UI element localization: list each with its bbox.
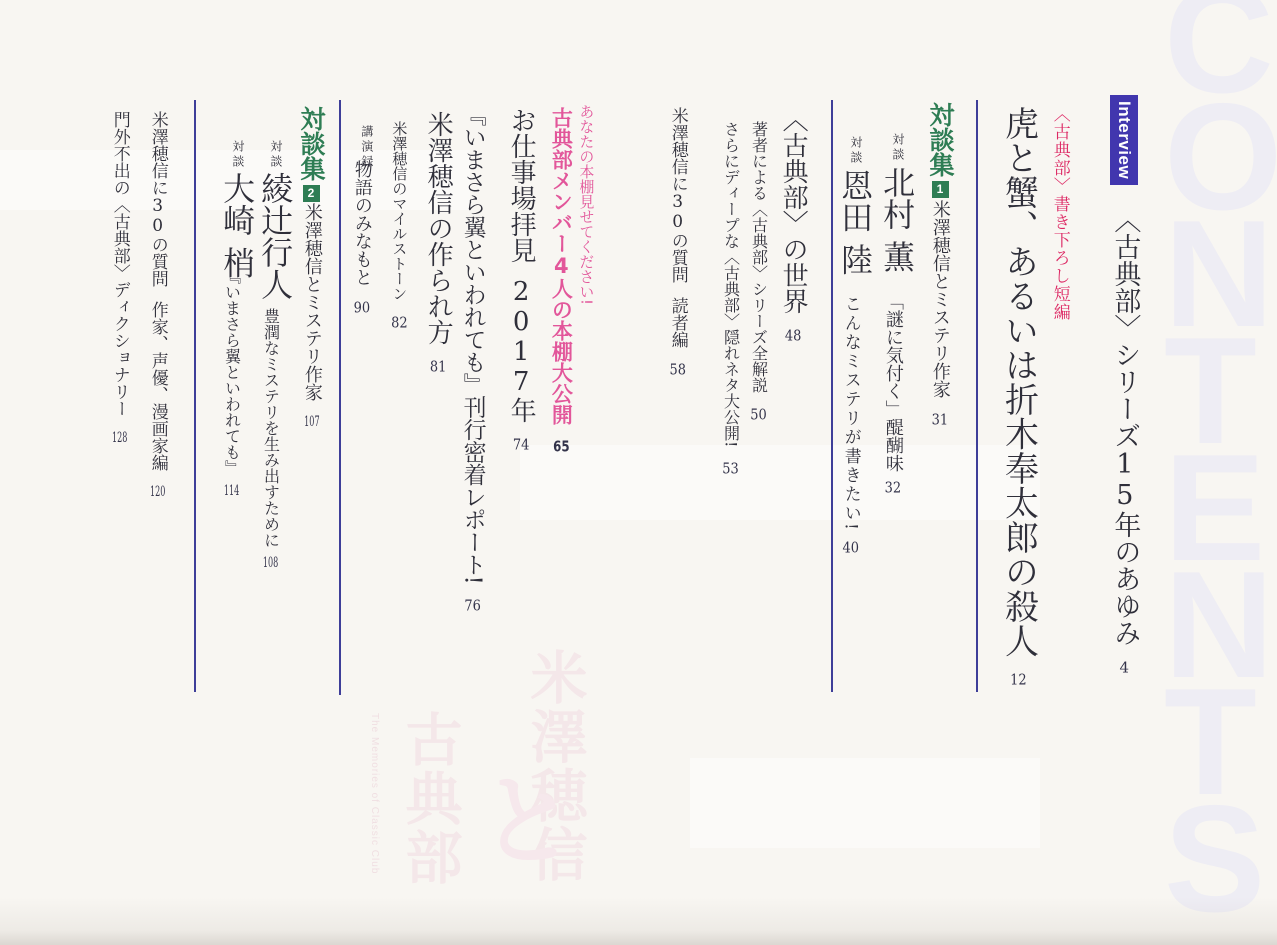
taidan-label: 対談 — [230, 140, 244, 170]
section-divider-rule — [976, 100, 978, 692]
page-number: 120 — [150, 485, 166, 499]
page-number: 114 — [224, 484, 240, 498]
section-divider-rule — [194, 100, 196, 692]
toc-entry-taidanshu1-sub: 米澤穂信とミステリ作家31 — [929, 200, 950, 427]
page-number: 48 — [784, 328, 802, 343]
toc-entry-tanpen-header: 〈古典部〉書き下ろし短編 — [1049, 105, 1069, 321]
title-text: 物語のみなもと — [352, 160, 373, 286]
page-number: 31 — [931, 412, 949, 427]
title-year: 2017 — [506, 277, 536, 397]
title-text: お仕事場拝見 — [506, 107, 536, 263]
section-divider-rule — [339, 100, 341, 695]
title-number: 15 — [1109, 449, 1140, 511]
section-header: 対談集 — [297, 106, 326, 181]
title-number: 30 — [148, 196, 168, 236]
subtitle-text: 「謎に気付く」醍醐味 — [883, 292, 904, 472]
toc-entry-osaki-name: 大崎 梢 — [218, 172, 255, 278]
scan-artifact-band — [690, 758, 1040, 848]
title-text: 〈古典部〉シリーズ — [1109, 206, 1140, 449]
title-text: の質問 — [148, 236, 168, 287]
toc-entry-taidanshu2-sub: 米澤穂信とミステリ作家107 — [301, 203, 322, 429]
page-number: 81 — [429, 359, 447, 374]
title-number: 4 — [549, 254, 573, 278]
toc-entry-kanko: 『いまさら翼といわれても』刊行密着レポート!76 — [459, 103, 486, 613]
toc-entry-dokusha30: 米澤穂信に30の質問読者編58 — [667, 107, 687, 377]
subtitle-text: 豊潤なミステリを生み出すために — [262, 308, 281, 548]
toc-entry-oshigoto: お仕事場拝見2017年74 — [506, 107, 536, 452]
toc-entry-kakureneta: さらにディープな〈古典部〉隠れネタ大公開!53 — [721, 121, 740, 476]
toc-entry-sakka30: 米澤穂信に30の質問作家、声優、漫画家編120 — [147, 111, 167, 499]
toc-entry-kouen: 物語のみなもと90 — [351, 160, 372, 315]
toc-section-taidanshu1: 対談集1 — [926, 102, 955, 198]
page-number: 58 — [669, 362, 687, 377]
toc-entry-tanpen-title: 虎と蟹、あるいは折木奉太郎の殺人12 — [998, 106, 1037, 687]
page-number: 40 — [842, 540, 860, 555]
taidan-label: 対談 — [268, 140, 282, 170]
toc-entry-osaki-sub: 『いまさら翼といわれても』114 — [222, 268, 241, 498]
toc-entry-zenkaisetsu: 著者による〈古典部〉シリーズ全解説50 — [749, 121, 768, 422]
toc-entry-tsukurarekata: 米澤穂信の作られ方81 — [423, 111, 453, 374]
toc-entry-ayatsuji-name: 綾辻行人 — [256, 172, 293, 300]
title-text: さらにディープな〈古典部〉隠れネタ大公開! — [722, 121, 741, 447]
subtitle-text: 読者編 — [668, 297, 688, 348]
title-text: 著者による〈古典部〉シリーズ全解説 — [750, 121, 769, 393]
page-number: 128 — [112, 431, 128, 445]
toc-page: C O N T E N T S 米澤穂信 と 古典部 The Memories … — [0, 0, 1277, 945]
title-text: の質問 — [668, 232, 688, 283]
book-subtitle-watermark: The Memories of Classic Club — [369, 713, 380, 874]
toc-entry-hondana-title: 古典部メンバー4人の本棚大公開65 — [549, 107, 573, 454]
title-text: 米澤穂信のマイルストーン — [390, 121, 408, 301]
page-number: 32 — [884, 480, 902, 495]
page-bottom-shadow — [0, 897, 1277, 945]
title-number: 30 — [668, 192, 688, 232]
section-header: 対談集 — [926, 102, 955, 177]
title-text: 米澤穂信に — [668, 107, 688, 192]
toc-entry-ayatsuji-sub: 豊潤なミステリを生み出すために108 — [261, 308, 280, 570]
page-number: 90 — [353, 300, 371, 315]
title-text: 門外不出の〈古典部〉ディクショナリー — [110, 111, 130, 417]
title-text: 年 — [506, 397, 536, 423]
subtitle-text: こんなミステリが書きたい! — [841, 295, 861, 532]
toc-entry-sekai: 〈古典部〉の世界48 — [778, 106, 808, 343]
toc-entry-interview-title: 〈古典部〉シリーズ15年のあゆみ4 — [1109, 206, 1140, 675]
section-divider-rule — [831, 100, 833, 692]
page-number: 108 — [263, 556, 279, 570]
page-number: 82 — [390, 315, 408, 330]
section-number-box: 1 — [932, 181, 949, 198]
subtitle-text: 米澤穂信とミステリ作家 — [302, 203, 323, 401]
toc-section-taidanshu2: 対談集2 — [297, 106, 326, 202]
book-title-watermark-kotenbu: 古典部 — [388, 710, 470, 887]
subtitle-text: 『いまさら翼といわれても』 — [223, 268, 242, 476]
title-text: 虎と蟹、あるいは折木奉太郎の殺人 — [998, 106, 1038, 658]
toc-entry-onda-sub: こんなミステリが書きたい!40 — [840, 295, 860, 555]
toc-entry-milestone: 米澤穂信のマイルストーン82 — [390, 121, 407, 330]
subtitle-text: 作家、声優、漫画家編 — [148, 301, 168, 471]
page-number: 12 — [1009, 672, 1027, 687]
title-text: 古典部メンバー — [549, 107, 573, 254]
toc-entry-hondana-label: あなたの本棚見せてください! — [577, 104, 594, 305]
toc-entry-kitamura-sub: 「謎に気付く」醍醐味32 — [882, 292, 903, 495]
toc-entry-kitamura-name: 北村 薫 — [878, 166, 915, 272]
taidan-label: 対談 — [848, 136, 862, 166]
title-text: 米澤穂信の作られ方 — [423, 111, 453, 345]
section-number-box: 2 — [303, 185, 320, 202]
page-number: 50 — [750, 407, 768, 422]
taidan-label: 対談 — [890, 133, 904, 163]
title-text: 年のあゆみ — [1109, 511, 1140, 646]
subtitle-text: 米澤穂信とミステリ作家 — [930, 200, 951, 398]
toc-entry-onda-name: 恩田 陸 — [836, 169, 873, 275]
title-text: 米澤穂信に — [148, 111, 168, 196]
page-number: 53 — [722, 461, 740, 476]
toc-entry-dictionary: 門外不出の〈古典部〉ディクショナリー128 — [109, 111, 129, 445]
title-text: 人の本棚大公開 — [549, 278, 573, 425]
contents-watermark: C O N T E N T S — [1164, 0, 1277, 918]
interview-badge: Interview — [1110, 95, 1138, 185]
page-number: 107 — [304, 415, 320, 429]
title-text: 『いまさら翼といわれても』刊行密着レポート! — [460, 103, 486, 584]
page-number: 74 — [512, 437, 530, 452]
page-number: 76 — [464, 598, 482, 613]
page-number: 4 — [1115, 660, 1133, 675]
scan-artifact-band — [520, 445, 1040, 520]
page-number: 65 — [552, 439, 570, 454]
title-text: 〈古典部〉の世界 — [778, 106, 808, 314]
